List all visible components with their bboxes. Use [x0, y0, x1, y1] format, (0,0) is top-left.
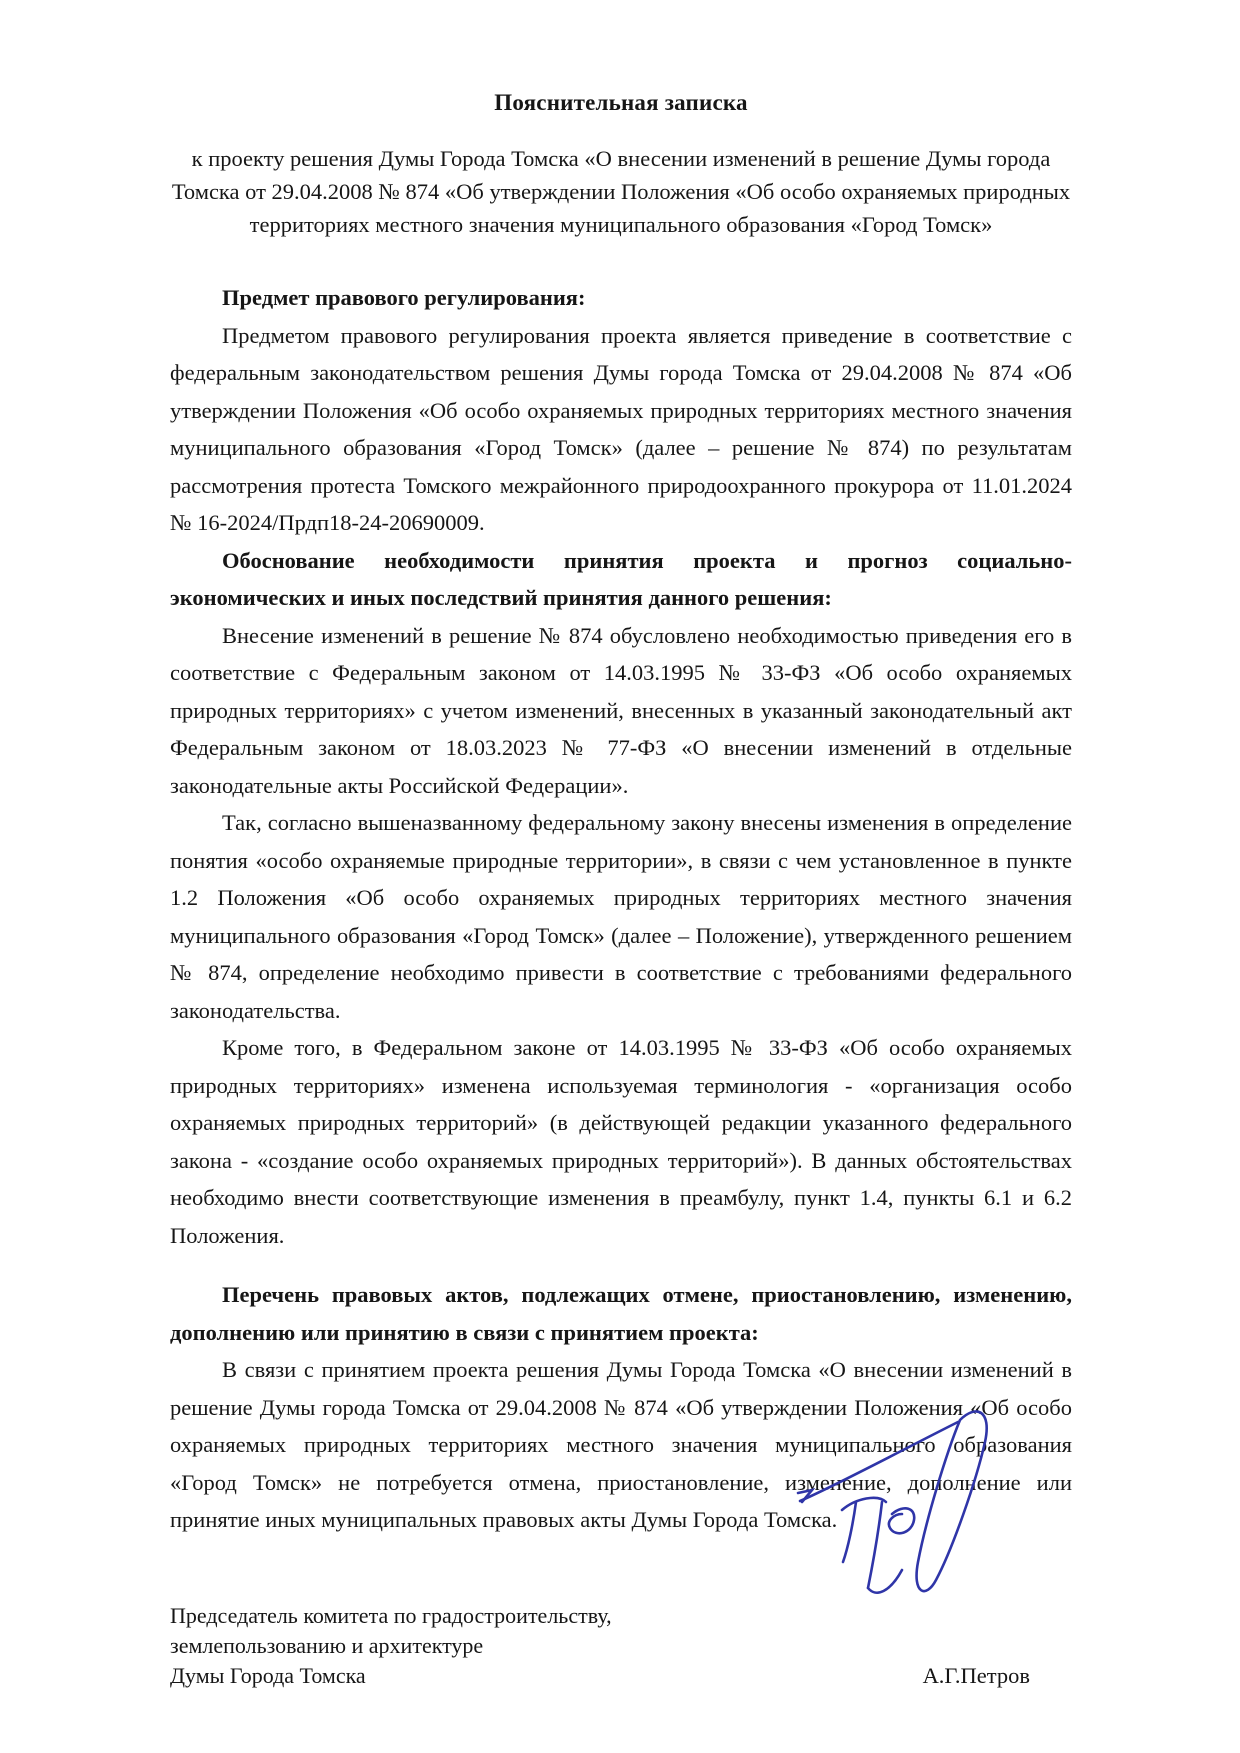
signer-position-line-1: Председатель комитета по градостроительс…: [170, 1601, 612, 1631]
section-heading-acts-list: Перечень правовых актов, подлежащих отме…: [170, 1276, 1072, 1351]
section-heading-subject: Предмет правового регулирования:: [170, 279, 1072, 317]
document-title: Пояснительная записка: [170, 90, 1072, 116]
paragraph-subject-body: Предметом правового регулирования проект…: [170, 317, 1072, 542]
section-heading-justification: Обоснование необходимости принятия проек…: [170, 542, 1072, 617]
paragraph-justification-2: Так, согласно вышеназванному федеральном…: [170, 804, 1072, 1029]
document-page: Пояснительная записка к проекту решения …: [0, 0, 1240, 1753]
document-subtitle: к проекту решения Думы Города Томска «О …: [170, 142, 1072, 241]
signer-position-line-2: землепользованию и архитектуре: [170, 1631, 612, 1661]
signature-block: Председатель комитета по градостроительс…: [170, 1601, 1072, 1691]
signer-position-line-3: Думы Города Томска: [170, 1661, 612, 1691]
signer-name: А.Г.Петров: [923, 1661, 1072, 1691]
document-content: Пояснительная записка к проекту решения …: [170, 90, 1072, 1691]
signer-position: Председатель комитета по градостроительс…: [170, 1601, 612, 1691]
paragraph-justification-1: Внесение изменений в решение № 874 обусл…: [170, 617, 1072, 805]
paragraph-justification-3: Кроме того, в Федеральном законе от 14.0…: [170, 1029, 1072, 1254]
paragraph-acts-list-body: В связи с принятием проекта решения Думы…: [170, 1351, 1072, 1539]
